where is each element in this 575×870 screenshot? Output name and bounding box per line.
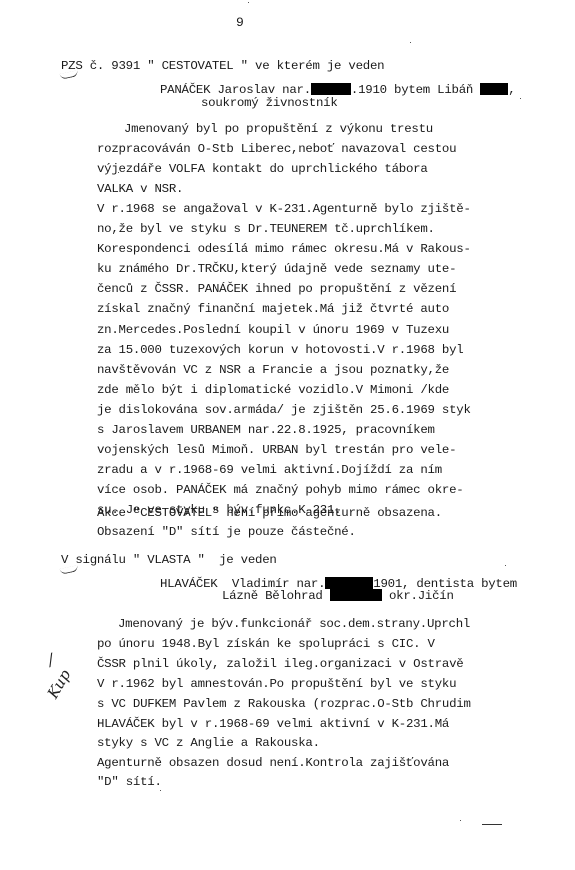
text-line: HLAVÁČEK byl v r.1968-69 velmi aktivní v…: [97, 717, 449, 731]
text-line: Obsazení "D" sítí je pouze částečné.: [97, 525, 356, 539]
text-line: zradu a v r.1968-69 velmi aktivní.Dojížd…: [97, 463, 442, 477]
text-line: Agenturně obsazen dosud není.Kontrola za…: [97, 756, 449, 770]
text-line: Jmenovaný byl po propuštění z výkonu tre…: [124, 122, 433, 136]
text-line: více osob. PANÁČEK má značný pohyb mimo …: [97, 483, 463, 497]
text-line: VALKA v NSR.: [97, 182, 183, 196]
handwritten-slash-mark: /: [45, 650, 57, 670]
text-line: rozpracováván O-Stb Liberec,neboť navazo…: [97, 142, 456, 156]
text-line: výjezdáře VOLFA kontakt do uprchlického …: [97, 162, 428, 176]
section-2-subject-line2: Lázně Bělohrad okr.Jičín: [222, 589, 454, 603]
page-number-mark: 9: [236, 16, 244, 30]
text-line: Korespondenci odesílá mimo rámec okresu.…: [97, 242, 471, 256]
text-line: získal značný finanční majetek.Má již čt…: [97, 302, 449, 316]
text-line: s VC DUFKEM Pavlem z Rakouska (rozprac.O…: [97, 697, 471, 711]
text-line: zde mělo být i diplomatické vozidlo.V Mi…: [97, 383, 449, 397]
scan-artifact-line: [482, 824, 502, 825]
text-line: Jmenovaný je býv.funkcionář soc.dem.stra…: [118, 617, 470, 631]
text-line: zn.Mercedes.Poslední koupil v únoru 1969…: [97, 323, 449, 337]
text-line: no,že byl ve styku s Dr.TEUNEREM tč.uprc…: [97, 222, 435, 236]
section-2-heading: V signálu " VLASTA " je veden: [61, 553, 277, 567]
text-line: za 15.000 tuzexových korun v hotovosti.V…: [97, 343, 463, 357]
section-1-heading: PZS č. 9391 " CESTOVATEL " ve kterém je …: [61, 59, 384, 73]
text-line: vojenských lesů Mimoň. URBAN byl trestán…: [97, 443, 456, 457]
text-line: s Jaroslavem URBANEM nar.22.8.1925, prac…: [97, 423, 435, 437]
redaction-address: [330, 589, 382, 601]
document-page: 9 PZS č. 9391 " CESTOVATEL " ve kterém j…: [0, 0, 575, 870]
text-line: styky s VC z Anglie a Rakouska.: [97, 736, 320, 750]
text-line: V r.1962 byl amnestován.Po propuštění by…: [97, 677, 456, 691]
section-1-subject-line1: PANÁČEK Jaroslav nar..1910 bytem Libáň ,: [160, 83, 515, 97]
text-line: "D" sítí.: [97, 775, 162, 789]
text-line: V r.1968 se angažoval v K-231.Agenturně …: [97, 202, 471, 216]
text-line: Akce "CESTOVATEL" není přímo agenturně o…: [97, 506, 442, 520]
handwritten-margin-note: Kup: [44, 666, 75, 701]
text-line: je dislokována sov.armáda/ je zjištěn 25…: [97, 403, 471, 417]
text-line: čenců z ČSSR. PANÁČEK ihned po propuštěn…: [97, 282, 456, 296]
text-line: po únoru 1948.Byl získán ke spolupráci s…: [97, 637, 435, 651]
text-line: ku známého Dr.TRČKU,který údajně vede se…: [97, 262, 456, 276]
section-1-subject-line2: soukromý živnostník: [201, 96, 338, 110]
text-line: ČSSR plnil úkoly, založil ileg.organizac…: [97, 657, 463, 671]
redaction-address: [480, 83, 508, 95]
redaction-birthdate: [311, 83, 351, 95]
redaction-birthdate: [325, 577, 373, 589]
text-line: navštěvován VC z NSR a Francie a jsou po…: [97, 363, 449, 377]
